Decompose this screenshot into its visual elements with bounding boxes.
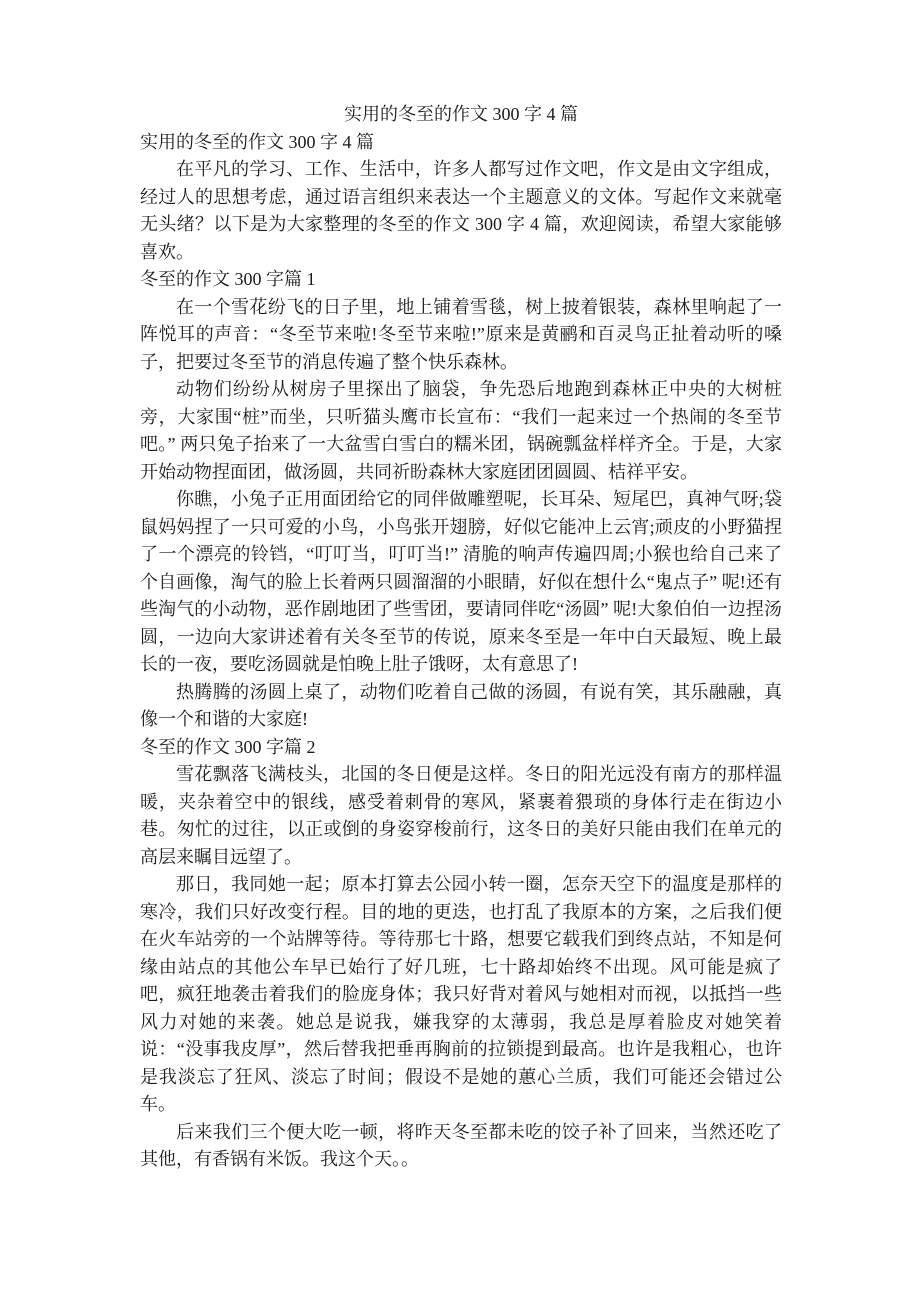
section-2-heading: 冬至的作文 300 字篇 2 [140,734,782,762]
section-1-paragraph-4: 热腾腾的汤圆上桌了，动物们吃着自己做的汤圆，有说有笑，其乐融融，真像一个和谐的大… [140,679,782,734]
section-1-paragraph-3: 你瞧，小兔子正用面团给它的同伴做雕塑呢，长耳朵、短尾巴，真神气呀;袋鼠妈妈捏了一… [140,486,782,679]
intro-paragraph: 在平凡的学习、工作、生活中，许多人都写过作文吧，作文是由文字组成，经过人的思想考… [140,156,782,266]
section-1-heading: 冬至的作文 300 字篇 1 [140,266,782,294]
document-subtitle: 实用的冬至的作文 300 字 4 篇 [140,129,782,157]
section-1-paragraph-2: 动物们纷纷从树房子里探出了脑袋，争先恐后地跑到森林正中央的大树桩旁，大家围“桩”… [140,376,782,486]
section-1-paragraph-1: 在一个雪花纷飞的日子里，地上铺着雪毯，树上披着银装，森林里响起了一阵悦耳的声音：… [140,294,782,377]
section-2-paragraph-3: 后来我们三个便大吃一顿，将昨天冬至都未吃的饺子补了回来，当然还吃了其他，有香锅有… [140,1119,782,1174]
document-page: 实用的冬至的作文 300 字 4 篇 实用的冬至的作文 300 字 4 篇 在平… [0,0,920,1302]
document-title: 实用的冬至的作文 300 字 4 篇 [140,101,782,129]
section-2-paragraph-2: 那日，我同她一起；原本打算去公园小转一圈，怎奈天空下的温度是那样的寒冷，我们只好… [140,871,782,1119]
section-2-paragraph-1: 雪花飘落飞满枝头，北国的冬日便是这样。冬日的阳光远没有南方的那样温暖，夹杂着空中… [140,761,782,871]
